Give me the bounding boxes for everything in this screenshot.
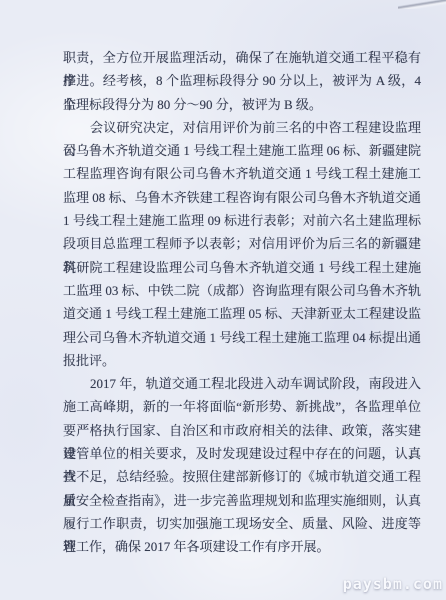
text-line: 2017 年，轨道交通工程北段进入动车调试阶段，南段进入 xyxy=(63,372,421,395)
text-line: 建管单位的相关要求，及时发现建设过程中存在的问题，认真查 xyxy=(63,442,421,465)
scanned-document-page: 职责，全方位开展监理活动，确保了在施轨道交通工程平稳有序 推进。经考核，8 个监… xyxy=(0,0,446,600)
site-watermark: paysbm.com xyxy=(343,575,443,593)
text-line: 找不足，总结经验。按照住建部新修订的《城市轨道交通工程质 xyxy=(63,465,421,488)
text-line: 履行工作职责，切实加强施工现场安全、质量、风险、进度等管 xyxy=(63,512,421,535)
paragraph-commendation: 会议研究决定，对信用评价为前三名的中咨工程建设监理公 司乌鲁木齐轨道交通 1 号… xyxy=(63,116,421,372)
text-line: 量安全检查指南》，进一步完善监理规划和监理实施细则，认真 xyxy=(63,489,421,512)
text-line: 监理 08 标、乌鲁木齐铁建工程咨询有限公司乌鲁木齐轨道交通 xyxy=(63,186,421,209)
text-line: 施工高峰期，新的一年将面临“新形势、新挑战”，各监理单位 xyxy=(63,395,421,418)
text-line: 工监理 03 标、中铁二院（成都）咨询监理有限公司乌鲁木齐轨 xyxy=(63,279,421,302)
text-line: 工程监理咨询有限公司乌鲁木齐轨道交通 1 号线工程土建施工 xyxy=(63,162,421,185)
text-line: 司乌鲁木齐轨道交通 1 号线工程土建施工监理 06 标、新疆建院 xyxy=(63,139,421,162)
text-line: 报批评。 xyxy=(63,349,421,372)
text-line: 会议研究决定，对信用评价为前三名的中咨工程建设监理公 xyxy=(63,116,421,139)
text-line: 监理标段得分为 80 分～90 分，被评为 B 级。 xyxy=(63,93,421,116)
paragraph-outlook-2017: 2017 年，轨道交通工程北段进入动车调试阶段，南段进入 施工高峰期，新的一年将… xyxy=(63,372,421,558)
text-line: 理工作，确保 2017 年各项建设工作有序开展。 xyxy=(63,535,421,558)
text-line: 道交通 1 号线工程土建施工监理 05 标、天津新亚太工程建设监 xyxy=(63,302,421,325)
scan-corner-artifact xyxy=(398,0,446,9)
text-line: 理公司乌鲁木齐轨道交通 1 号线工程土建施工监理 04 标提出通 xyxy=(63,326,421,349)
text-line: 职责，全方位开展监理活动，确保了在施轨道交通工程平稳有序 xyxy=(63,46,421,69)
document-body: 职责，全方位开展监理活动，确保了在施轨道交通工程平稳有序 推进。经考核，8 个监… xyxy=(63,46,421,559)
paragraph-continued: 职责，全方位开展监理活动，确保了在施轨道交通工程平稳有序 推进。经考核，8 个监… xyxy=(63,46,421,116)
text-line: 1 号线工程土建施工监理 09 标进行表彰；对前六名土建监理标 xyxy=(63,209,421,232)
text-line: 科研院工程建设监理公司乌鲁木齐轨道交通 1 号线工程土建施 xyxy=(63,256,421,279)
text-line: 段项目总监理工程师予以表彰；对信用评价为后三名的新疆建筑 xyxy=(63,232,421,255)
text-line: 要严格执行国家、自治区和市政府相关的法律、政策，落实建设、 xyxy=(63,419,421,442)
text-line: 推进。经考核，8 个监理标段得分 90 分以上，被评为 A 级，4 个 xyxy=(63,69,421,92)
